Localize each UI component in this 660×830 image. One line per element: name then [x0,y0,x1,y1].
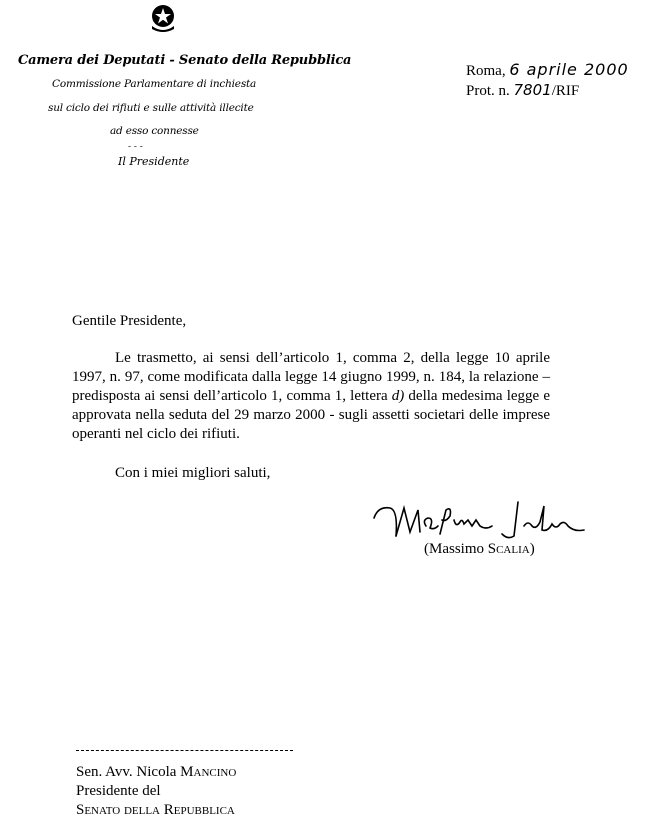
commission-name-line1: Commissione Parlamentare di inchiesta [52,78,256,90]
recipient-name: Sen. Avv. Nicola Mancino [76,764,236,781]
letterhead-separator: - - - [128,142,143,152]
signer-first-name: (Massimo [424,541,488,557]
protocol-number: Prot. n. 7801/RIF [466,81,579,100]
italian-republic-emblem-icon [149,4,177,34]
letter-body: Le trasmetto, ai sensi dell’articolo 1, … [72,349,550,444]
recipient-role: Presidente del [76,783,161,800]
commission-name-line3: ad esso connesse [110,125,199,137]
letterhead-title: Camera dei Deputati - Senato della Repub… [18,53,351,68]
salutation: Gentile Presidente, [72,313,186,330]
handwritten-protocol-number: 7801 [514,81,552,99]
signer-name: (Massimo Scalia) [424,541,535,558]
closing: Con i miei migliori saluti, [115,465,270,482]
divider-line [76,750,293,751]
protocol-label: Prot. n. [466,83,510,99]
letterhead-role: Il Presidente [118,155,189,168]
signer-close-paren: ) [530,541,535,557]
dateline: Roma, 6 aprile 2000 [466,60,629,80]
commission-name-line2: sul ciclo dei rifiuti e sulle attività i… [48,102,254,114]
recipient-title: Sen. Avv. Nicola [76,764,180,780]
recipient-surname: Mancino [180,764,236,780]
protocol-suffix: /RIF [552,83,580,99]
handwritten-date: 6 aprile 2000 [509,60,628,79]
place: Roma, [466,63,506,79]
recipient-institution: Senato della Repubblica [76,802,235,819]
signer-surname: Scalia [488,541,530,557]
handwritten-signature-icon [368,496,598,546]
body-text-italic: d) [392,388,405,404]
